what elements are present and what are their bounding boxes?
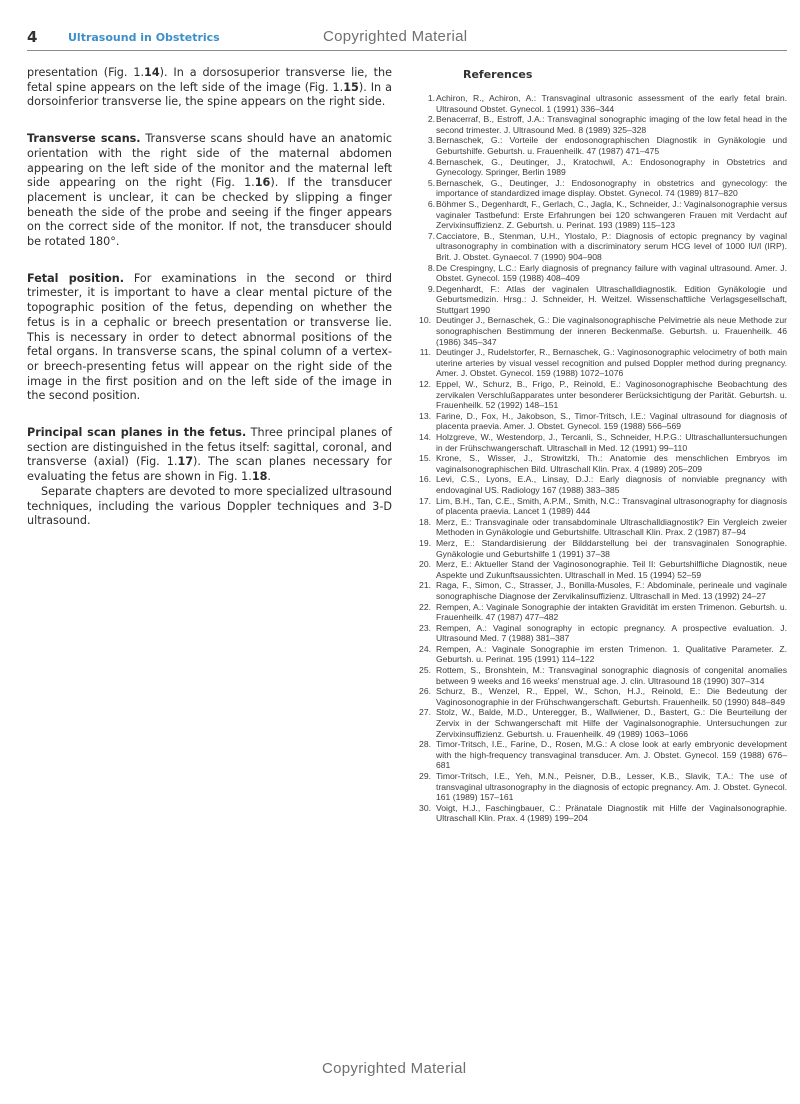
reference-number: 11.: [419, 347, 431, 358]
reference-number: 7.: [423, 231, 435, 242]
reference-item: 13.Farine, D., Fox, H., Jakobson, S., Ti…: [425, 411, 787, 432]
reference-item: 8.De Crespingny, L.C.: Early diagnosis o…: [425, 263, 787, 284]
body-text-column: presentation (Fig. 1.14). In a dorsosupe…: [27, 66, 392, 529]
reference-text: Achiron, R., Achiron, A.: Transvaginal u…: [436, 93, 787, 114]
references-column: References 1.Achiron, R., Achiron, A.: T…: [425, 66, 787, 824]
reference-text: Eppel, W., Schurz, B., Frigo, P., Reinol…: [436, 379, 787, 410]
paragraph-separate-chapters: Separate chapters are devoted to more sp…: [27, 485, 392, 529]
reference-text: Rottem, S., Bronshtein, M.: Transvaginal…: [436, 665, 787, 686]
reference-item: 7.Cacciatore, B., Stenman, U.H., Ylostal…: [425, 231, 787, 263]
figure-ref: 16: [255, 176, 271, 189]
reference-number: 2.: [423, 114, 435, 125]
reference-number: 27.: [419, 707, 431, 718]
reference-number: 6.: [423, 199, 435, 210]
reference-text: Degenhardt, F.: Atlas der vaginalen Ultr…: [436, 284, 787, 315]
reference-number: 16.: [419, 474, 431, 485]
reference-item: 1.Achiron, R., Achiron, A.: Transvaginal…: [425, 93, 787, 114]
reference-number: 24.: [419, 644, 431, 655]
reference-text: Böhmer S., Degenhardt, F., Gerlach, C., …: [436, 199, 787, 230]
reference-number: 12.: [419, 379, 431, 390]
running-title: Ultrasound in Obstetrics: [68, 31, 220, 44]
paragraph-presentation: presentation (Fig. 1.14). In a dorsosupe…: [27, 66, 392, 110]
reference-number: 26.: [419, 686, 431, 697]
reference-item: 9.Degenhardt, F.: Atlas der vaginalen Ul…: [425, 284, 787, 316]
reference-item: 4.Bernaschek, G., Deutinger, J., Kratoch…: [425, 157, 787, 178]
paragraph-scan-planes: Principal scan planes in the fetus. Thre…: [27, 426, 392, 485]
reference-item: 10.Deutinger J., Bernaschek, G.: Die vag…: [425, 315, 787, 347]
reference-number: 5.: [423, 178, 435, 189]
reference-number: 8.: [423, 263, 435, 274]
reference-item: 19.Merz, E.: Standardisierung der Bildda…: [425, 538, 787, 559]
runin-heading: Fetal position.: [27, 272, 124, 285]
reference-number: 13.: [419, 411, 431, 422]
reference-number: 21.: [419, 580, 431, 591]
reference-number: 29.: [419, 771, 431, 782]
reference-text: Krone, S., Wisser, J., Strowitzki, Th.: …: [436, 453, 787, 474]
reference-item: 25.Rottem, S., Bronshtein, M.: Transvagi…: [425, 665, 787, 686]
reference-text: Benacerraf, B., Estroff, J.A.: Transvagi…: [436, 114, 787, 135]
reference-item: 28.Timor-Tritsch, I.E., Farine, D., Rose…: [425, 739, 787, 771]
reference-text: Stolz, W., Balde, M.D., Unteregger, B., …: [436, 707, 787, 738]
runin-heading: Principal scan planes in the fetus.: [27, 426, 246, 439]
reference-item: 11.Deutinger J., Rudelstorfer, R., Berna…: [425, 347, 787, 379]
reference-number: 19.: [419, 538, 431, 549]
reference-number: 10.: [419, 315, 431, 326]
reference-text: Merz, E.: Aktueller Stand der Vaginosono…: [436, 559, 787, 580]
reference-item: 5.Bernaschek, G., Deutinger, J.: Endoson…: [425, 178, 787, 199]
reference-text: Rempen, A.: Vaginale Sonographie der int…: [436, 602, 787, 623]
watermark-top: Copyrighted Material: [323, 28, 467, 45]
reference-text: Farine, D., Fox, H., Jakobson, S., Timor…: [436, 411, 787, 432]
reference-text: Timor-Tritsch, I.E., Yeh, M.N., Peisner,…: [436, 771, 787, 802]
reference-number: 23.: [419, 623, 431, 634]
reference-text: Levi, C.S., Lyons, E.A., Linsay, D.J.: E…: [436, 474, 787, 495]
reference-item: 18.Merz, E.: Transvaginale oder transabd…: [425, 517, 787, 538]
reference-text: Raga, F., Simon, C., Strasser, J., Bonil…: [436, 580, 787, 601]
reference-number: 4.: [423, 157, 435, 168]
reference-item: 26.Schurz, B., Wenzel, R., Eppel, W., Sc…: [425, 686, 787, 707]
reference-item: 15.Krone, S., Wisser, J., Strowitzki, Th…: [425, 453, 787, 474]
reference-number: 1.: [423, 93, 435, 104]
reference-number: 9.: [423, 284, 435, 295]
reference-item: 27.Stolz, W., Balde, M.D., Unteregger, B…: [425, 707, 787, 739]
reference-item: 23.Rempen, A.: Vaginal sonography in ect…: [425, 623, 787, 644]
reference-text: Holzgreve, W., Westendorp, J., Tercanli,…: [436, 432, 787, 453]
reference-item: 3.Bernaschek, G.: Vorteile der endosonog…: [425, 135, 787, 156]
reference-text: Bernaschek, G., Deutinger, J.: Endosonog…: [436, 178, 787, 199]
watermark-bottom: Copyrighted Material: [322, 1060, 466, 1077]
page-header: 4 Ultrasound in Obstetrics Copyrighted M…: [27, 26, 787, 50]
references-list: 1.Achiron, R., Achiron, A.: Transvaginal…: [425, 93, 787, 824]
reference-number: 22.: [419, 602, 431, 613]
reference-number: 17.: [419, 496, 431, 507]
reference-number: 15.: [419, 453, 431, 464]
page-number: 4: [27, 28, 37, 46]
paragraph-transverse-scans: Transverse scans. Transverse scans shoul…: [27, 132, 392, 250]
reference-text: Rempen, A.: Vaginale Sonographie im erst…: [436, 644, 787, 665]
reference-item: 17.Lim, B.H., Tan, C.E., Smith, A.P.M., …: [425, 496, 787, 517]
reference-number: 30.: [419, 803, 431, 814]
runin-heading: Transverse scans.: [27, 132, 141, 145]
reference-item: 16.Levi, C.S., Lyons, E.A., Linsay, D.J.…: [425, 474, 787, 495]
figure-ref: 17: [177, 455, 193, 468]
reference-text: Cacciatore, B., Stenman, U.H., Ylostalo,…: [436, 231, 787, 262]
reference-text: Deutinger J., Bernaschek, G.: Die vagina…: [436, 315, 787, 346]
reference-text: Lim, B.H., Tan, C.E., Smith, A.P.M., Smi…: [436, 496, 787, 517]
reference-number: 25.: [419, 665, 431, 676]
references-heading: References: [463, 68, 787, 81]
reference-item: 12.Eppel, W., Schurz, B., Frigo, P., Rei…: [425, 379, 787, 411]
reference-text: Schurz, B., Wenzel, R., Eppel, W., Schon…: [436, 686, 787, 707]
reference-item: 20.Merz, E.: Aktueller Stand der Vaginos…: [425, 559, 787, 580]
reference-text: De Crespingny, L.C.: Early diagnosis of …: [436, 263, 787, 284]
reference-item: 30.Voigt, H.J., Faschingbauer, C.: Präna…: [425, 803, 787, 824]
reference-text: Merz, E.: Transvaginale oder transabdomi…: [436, 517, 787, 538]
paragraph-fetal-position: Fetal position. For examinations in the …: [27, 272, 392, 404]
reference-item: 24.Rempen, A.: Vaginale Sonographie im e…: [425, 644, 787, 665]
reference-text: Bernaschek, G., Deutinger, J., Kratochwi…: [436, 157, 787, 178]
reference-text: Merz, E.: Standardisierung der Bilddarst…: [436, 538, 787, 559]
reference-number: 28.: [419, 739, 431, 750]
figure-ref: 14: [144, 66, 160, 79]
reference-item: 14.Holzgreve, W., Westendorp, J., Tercan…: [425, 432, 787, 453]
reference-number: 3.: [423, 135, 435, 146]
reference-item: 21.Raga, F., Simon, C., Strasser, J., Bo…: [425, 580, 787, 601]
reference-text: Deutinger J., Rudelstorfer, R., Bernasch…: [436, 347, 787, 378]
reference-text: Bernaschek, G.: Vorteile der endosonogra…: [436, 135, 787, 156]
figure-ref: 15: [343, 81, 359, 94]
reference-number: 14.: [419, 432, 431, 443]
reference-number: 20.: [419, 559, 431, 570]
header-rule: [27, 50, 787, 51]
figure-ref: 18: [252, 470, 268, 483]
reference-text: Voigt, H.J., Faschingbauer, C.: Pränatal…: [436, 803, 787, 824]
reference-item: 22.Rempen, A.: Vaginale Sonographie der …: [425, 602, 787, 623]
reference-number: 18.: [419, 517, 431, 528]
reference-text: Rempen, A.: Vaginal sonography in ectopi…: [436, 623, 787, 644]
reference-item: 2.Benacerraf, B., Estroff, J.A.: Transva…: [425, 114, 787, 135]
reference-item: 29.Timor-Tritsch, I.E., Yeh, M.N., Peisn…: [425, 771, 787, 803]
reference-text: Timor-Tritsch, I.E., Farine, D., Rosen, …: [436, 739, 787, 770]
reference-item: 6.Böhmer S., Degenhardt, F., Gerlach, C.…: [425, 199, 787, 231]
